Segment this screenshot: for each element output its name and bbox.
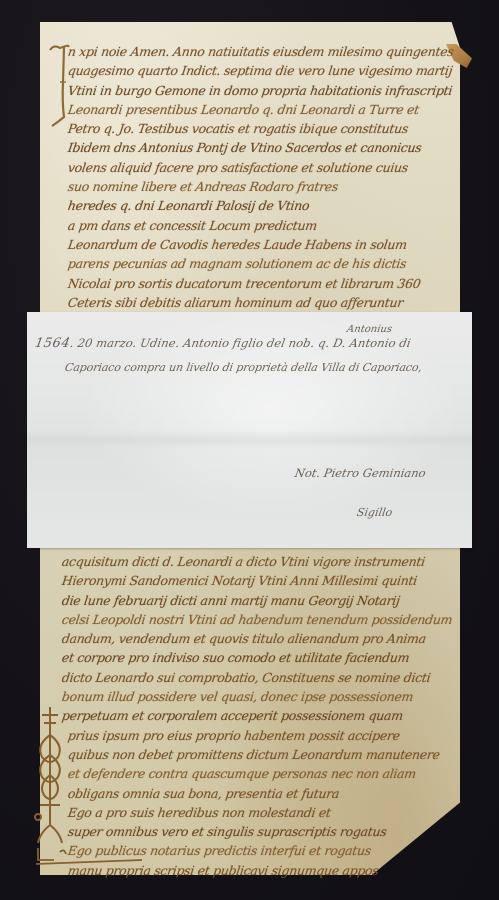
manuscript-line: heredes q. dni Leonardi Palosij de Vtino [67, 196, 456, 215]
manuscript-line: celsi Leopoldi nostri Vtini ad habendum … [61, 610, 454, 629]
notary-signum-icon [30, 705, 70, 855]
manuscript-line: Vtini in burgo Gemone in domo propria ha… [67, 81, 456, 100]
manuscript-line: Leonardi presentibus Leonardo q. dni Leo… [67, 100, 456, 119]
bottom-flourish-icon [34, 846, 144, 866]
manuscript-line: prius ipsum pro eius proprio habentem po… [61, 726, 454, 745]
label-seal-note: Sigillo [356, 506, 394, 519]
label-annotation: Antonius [346, 324, 393, 335]
manuscript-lower-text: acquisitum dicti d. Leonardi a dicto Vti… [62, 552, 452, 880]
manuscript-line: Ibidem dns Antonius Pontj de Vtino Sacer… [67, 138, 456, 157]
manuscript-line: acquisitum dicti d. Leonardi a dicto Vti… [61, 552, 454, 571]
manuscript-line: Petro q. Jo. Testibus vocatis et rogatis… [67, 119, 456, 138]
label-summary-line-1: 1564. 20 marzo. Udine. Antonio figlio de… [34, 336, 412, 351]
manuscript-line: bonum illud possidere vel quasi, donec i… [61, 687, 454, 706]
manuscript-line: dicto Leonardo sui comprobatio, Constitu… [61, 668, 454, 687]
manuscript-line: a pm dans et concessit Locum predictum [67, 216, 456, 235]
manuscript-line: quibus non debet promittens dictum Leona… [61, 745, 454, 764]
manuscript-line: suo nomine libere et Andreas Rodaro frat… [67, 177, 456, 196]
manuscript-line: obligans omnia sua bona, presentia et fu… [61, 784, 454, 803]
manuscript-line: Ceteris sibi debitis aliarum hominum ad … [67, 293, 456, 312]
manuscript-line: dandum, vendendum et quovis titulo alien… [61, 629, 454, 648]
label-summary-text: . 20 marzo. Udine. Antonio figlio del no… [69, 336, 412, 350]
manuscript-line: n xpi noie Amen. Anno natiuitatis eiusde… [67, 42, 456, 61]
manuscript-line: parens pecunias ad magnam solutionem ac … [67, 254, 456, 273]
manuscript-line: perpetuam et corporalem acceperit posses… [61, 706, 454, 725]
manuscript-line: volens aliquid facere pro satisfactione … [67, 158, 456, 177]
manuscript-line: et defendere contra quascumque personas … [61, 764, 454, 783]
archival-label: Antonius 1564. 20 marzo. Udine. Antonio … [27, 312, 472, 548]
label-summary-line-2: Caporiaco compra un livello di proprietà… [64, 361, 423, 374]
manuscript-line: super omnibus vero et singulis suprascri… [61, 822, 400, 841]
manuscript-line: Nicolai pro sortis ducatorum trecentorum… [67, 274, 456, 293]
label-signature: Not. Pietro Geminiano [294, 466, 427, 480]
label-year: 1564 [34, 336, 72, 351]
manuscript-line: Ego a pro suis heredibus non molestandi … [61, 803, 400, 822]
manuscript-line: Leonardum de Cavodis heredes Laude Haben… [67, 235, 456, 254]
manuscript-line: die lune februarij dicti anni martij man… [61, 591, 454, 610]
label-crease [27, 430, 472, 450]
manuscript-upper-text: n xpi noie Amen. Anno natiuitatis eiusde… [68, 42, 454, 331]
manuscript-line: et corpore pro indiviso suo comodo et ut… [61, 648, 454, 667]
manuscript-line: Hieronymi Sandomenici Notarij Vtini Anni… [61, 571, 454, 590]
manuscript-line: quagesimo quarto Indict. septima die ver… [67, 61, 456, 80]
